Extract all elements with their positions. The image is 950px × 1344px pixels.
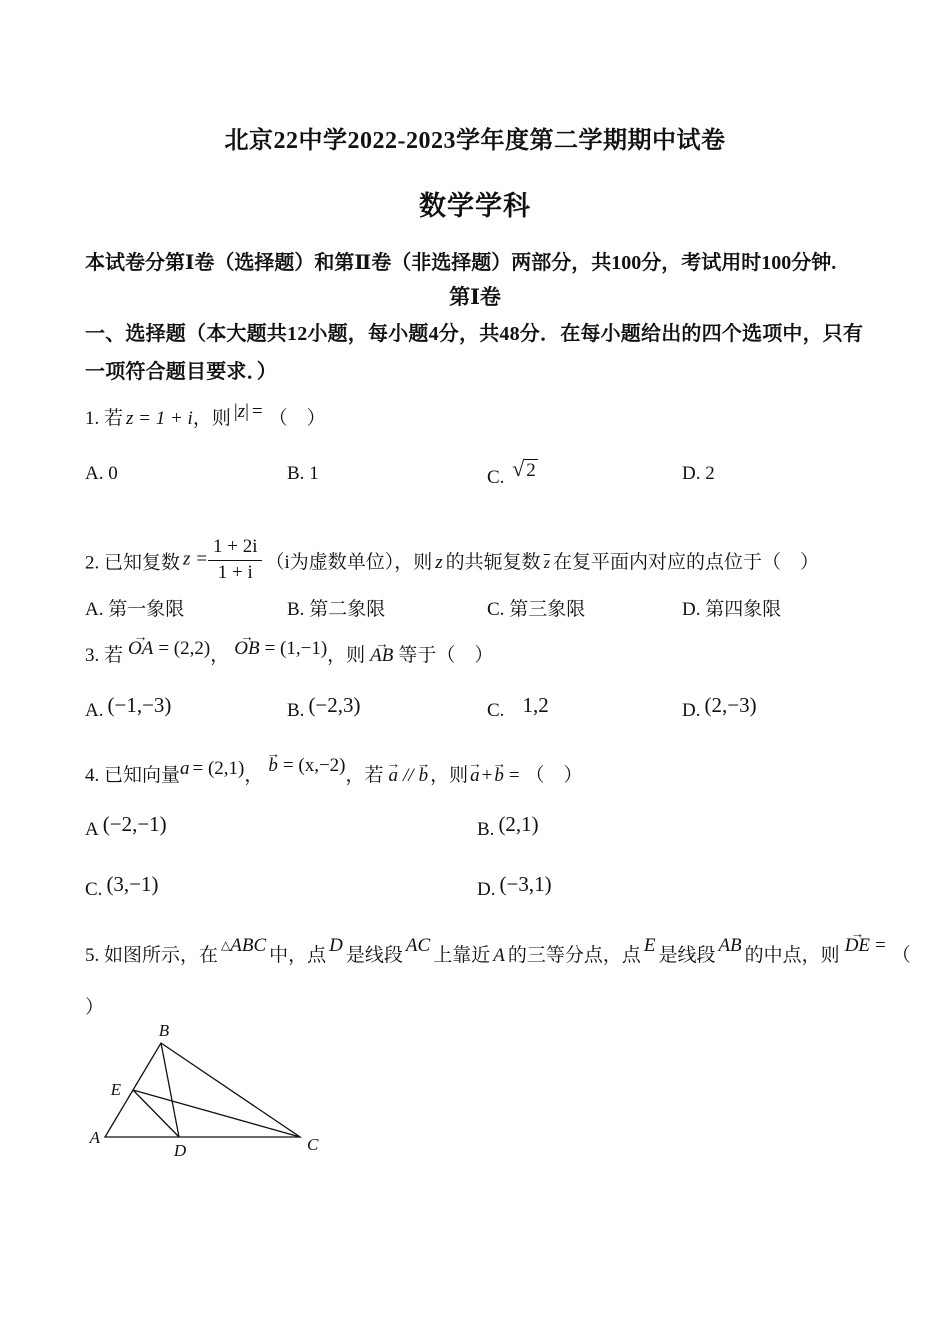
q4-option-d-label: D. [477, 879, 495, 900]
q2-z: z [435, 552, 442, 573]
q5-vector-de: →DE [843, 935, 872, 957]
q3-option-c-label: C. [487, 700, 504, 721]
q4-option-c: C.(3,−1) [85, 876, 159, 901]
q3-option-a: A.(−1,−3) [85, 697, 171, 722]
q5-paren-open: （ [892, 945, 911, 966]
q1-answer-paren: （ ） [269, 408, 326, 429]
q4-a1-val: = (2,1) [193, 758, 245, 779]
subject-title: 数学学科 [0, 184, 950, 223]
q2-fraction: 1 + 2i1 + i [208, 536, 263, 584]
q3-vector-ob: →OB [232, 638, 261, 660]
q1-option-c-label: C. [487, 467, 504, 488]
q3-vec-oa-group: →OA= (2,2) [126, 638, 210, 659]
q4-option-b-label: B. [477, 819, 494, 840]
q4-comma1: ， [244, 765, 263, 786]
q2-mid1: （i为虚数单位），则 [265, 552, 432, 573]
vector-arrow-icon: → [368, 637, 395, 651]
vector-arrow-icon: → [232, 630, 261, 644]
q5-mid6: 的中点，则 [745, 945, 840, 966]
q1-formula: z = 1 + i [126, 408, 193, 429]
q4-option-b-text: (2,1) [498, 812, 538, 836]
q1-abs-right-bar: | [245, 401, 249, 422]
vector-arrow-icon: → [843, 927, 872, 941]
q2-option-c-text: 第三象限 [509, 599, 585, 620]
section-header-line1: 一、选择题（本大题共12小题，每小题4分，共48分．在每小题给出的四个选项中，只… [85, 317, 863, 346]
q3-option-d: D.(2,−3) [682, 697, 757, 722]
q5-mid3: 上靠近 [433, 945, 490, 966]
q3-val2: = (1,−1) [265, 638, 328, 659]
question-5-stem: 5. 如图所示，在△ABC中，点D是线段AC上靠近A的三等分点，点E是线段AB的… [85, 940, 911, 967]
q4-b-def: →b= (x,−2) [266, 755, 345, 776]
q2-option-a-text: 第一象限 [108, 599, 184, 620]
q4-plus-sign: + [482, 765, 493, 786]
q4-eq: = [509, 765, 520, 786]
vector-arrow-icon: → [126, 630, 155, 644]
q3-comma1: ， [210, 645, 229, 666]
q4-a1: a [180, 758, 190, 779]
q1-option-a-label: A. [85, 463, 103, 484]
q3-option-a-text: (−1,−3) [107, 693, 171, 717]
q4-parallel-sign: // [403, 765, 414, 786]
q3-val1: = (2,2) [158, 638, 210, 659]
q4-mid2: ，则 [430, 765, 468, 786]
q1-option-c: C. √2 [487, 463, 538, 489]
radical-argument: 2 [524, 459, 538, 481]
q5-mid1: 中，点 [269, 945, 326, 966]
q4-vector-a3: →a [468, 765, 482, 787]
q4-option-b: B.(2,1) [477, 816, 539, 841]
q3-option-a-label: A. [85, 700, 103, 721]
q5-mid2: 是线段 [346, 945, 403, 966]
q5-segment-ac: AC [406, 935, 430, 956]
q2-fraction-numerator: 1 + 2i [208, 536, 263, 560]
q1-option-a: A. 0 [85, 463, 118, 485]
segment-ec [133, 1090, 300, 1137]
q2-option-c: C. 第三象限 [487, 594, 585, 621]
q2-pre: 2. 已知复数 [85, 552, 180, 573]
q4-answer-paren: （ ） [526, 765, 583, 786]
section-header-line2: 一项符合题目要求．） [85, 355, 277, 384]
q4-a-def: a= (2,1) [180, 758, 244, 779]
q4-vector-b2: →b [417, 765, 431, 787]
q2-option-d: D. 第四象限 [682, 594, 781, 621]
q3-option-d-label: D. [682, 700, 700, 721]
q5-vec-de-group: →DE= [843, 935, 886, 956]
q5-segment-ab: AB [718, 935, 741, 956]
q4-vector-b3: →b [492, 765, 506, 787]
q2-option-b-label: B. [287, 599, 304, 620]
triangle-icon: △ [221, 938, 230, 952]
question-3-stem: 3. 若→OA= (2,2)，→OB= (1,−1)，则→AB等于（ ） [85, 640, 493, 667]
q4-option-a-label: A [85, 819, 99, 840]
q4-pre: 4. 已知向量 [85, 765, 180, 786]
q1-abs-group: |z|= [234, 401, 263, 422]
q4-b1-val: = (x,−2) [283, 755, 346, 776]
exam-instructions: 本试卷分第Ⅰ卷（选择题）和第Ⅱ卷（非选择题）两部分，共100分，考试用时100分… [85, 246, 836, 275]
triangle-figure: B E A D C [88, 1022, 328, 1172]
q3-vec-ob-group: →OB= (1,−1) [232, 638, 327, 659]
question-4-stem: 4. 已知向量a= (2,1)，→b= (x,−2)，若→a//→b，则→a+→… [85, 760, 583, 787]
q2-option-c-label: C. [487, 599, 504, 620]
q2-option-b-text: 第二象限 [309, 599, 385, 620]
figure-label-e: E [110, 1080, 122, 1099]
q3-option-b-text: (−2,3) [308, 693, 360, 717]
q5-mid5: 是线段 [658, 945, 715, 966]
q1-abs-var: z [238, 401, 245, 422]
vector-arrow-icon: → [387, 757, 401, 771]
q1-option-d: D. 2 [682, 463, 715, 485]
q4-option-a-text: (−2,−1) [103, 812, 167, 836]
q3-option-b: B.(−2,3) [287, 697, 361, 722]
vector-arrow-icon: → [492, 757, 506, 771]
q1-option-a-text: 0 [108, 463, 118, 484]
q3-vector-oa: →OA [126, 638, 155, 660]
q2-option-d-label: D. [682, 599, 700, 620]
q2-fraction-denominator: 1 + i [208, 560, 263, 584]
q3-option-b-label: B. [287, 700, 304, 721]
q2-option-b: B. 第二象限 [287, 594, 385, 621]
q3-mid: ，则 [327, 645, 365, 666]
vector-arrow-icon: → [266, 747, 280, 761]
vector-arrow-icon: → [468, 757, 482, 771]
q4-option-a: A(−2,−1) [85, 816, 167, 841]
q5-pre: 5. 如图所示，在 [85, 945, 218, 966]
q5-abc-text: ABC [230, 935, 266, 956]
q5-eq: = [875, 935, 886, 956]
q3-option-c-text: 1,2 [522, 693, 548, 717]
page-title: 北京22中学2022-2023学年度第二学期期中试卷 [0, 120, 950, 155]
q2-mid3: 在复平面内对应的点位于（ ） [553, 552, 819, 573]
q1-option-c-sqrt: √2 [512, 460, 538, 481]
q2-option-a-label: A. [85, 599, 103, 620]
exam-page: 北京22中学2022-2023学年度第二学期期中试卷 数学学科 本试卷分第Ⅰ卷（… [0, 0, 950, 1344]
q5-triangle-abc: △ABC [221, 935, 266, 956]
q4-option-d: D.(−3,1) [477, 876, 552, 901]
question-1-stem: 1. 若z = 1 + i，则|z|=（ ） [85, 403, 326, 430]
q1-option-d-label: D. [682, 463, 700, 484]
q2-z-conjugate: z [544, 555, 550, 572]
q4-vector-a2: →a [387, 765, 401, 787]
q2-fraction-group: z =1 + 2i1 + i [183, 536, 262, 584]
q3-option-d-text: (2,−3) [704, 693, 756, 717]
question-2-stem: 2. 已知复数z =1 + 2i1 + i（i为虚数单位），则z的共轭复数z在复… [85, 540, 819, 588]
q3-pre: 3. 若 [85, 645, 123, 666]
part-header: 第Ⅰ卷 [0, 281, 950, 311]
vector-arrow-icon: → [417, 757, 431, 771]
q5-mid4: 的三等分点，点 [508, 945, 641, 966]
q1-option-b-text: 1 [309, 463, 319, 484]
q2-option-d-text: 第四象限 [705, 599, 781, 620]
segment-bd [161, 1043, 179, 1137]
q3-option-c: C.1,2 [487, 697, 549, 722]
q1-abs-eq: = [252, 401, 263, 422]
figure-label-c: C [307, 1135, 319, 1154]
q3-vector-ab: →AB [368, 645, 395, 667]
figure-label-a: A [89, 1128, 101, 1147]
q4-option-c-text: (3,−1) [106, 872, 158, 896]
q4-mid1: ，若 [346, 765, 384, 786]
q2-mid2: 的共轭复数 [446, 552, 541, 573]
q2-option-a: A. 第一象限 [85, 594, 184, 621]
q4-option-c-label: C. [85, 879, 102, 900]
q4-vector-b1: →b [266, 755, 280, 777]
q1-option-d-text: 2 [705, 463, 715, 484]
q4-option-d-text: (−3,1) [499, 872, 551, 896]
q5-point-e: E [644, 935, 656, 956]
q2-var-eq: z = [183, 548, 208, 569]
q5-paren-close: ） [85, 992, 104, 1019]
q1-option-b: B. 1 [287, 463, 319, 485]
q1-option-b-label: B. [287, 463, 304, 484]
radical-sign: √ [512, 456, 524, 481]
q5-point-a: A [493, 945, 505, 966]
q3-tail: 等于（ ） [398, 645, 493, 666]
q1-pre: 1. 若 [85, 408, 123, 429]
q5-point-d: D [329, 935, 343, 956]
figure-label-d: D [173, 1141, 187, 1160]
q1-mid: ，则 [193, 408, 231, 429]
figure-label-b: B [159, 1022, 170, 1040]
